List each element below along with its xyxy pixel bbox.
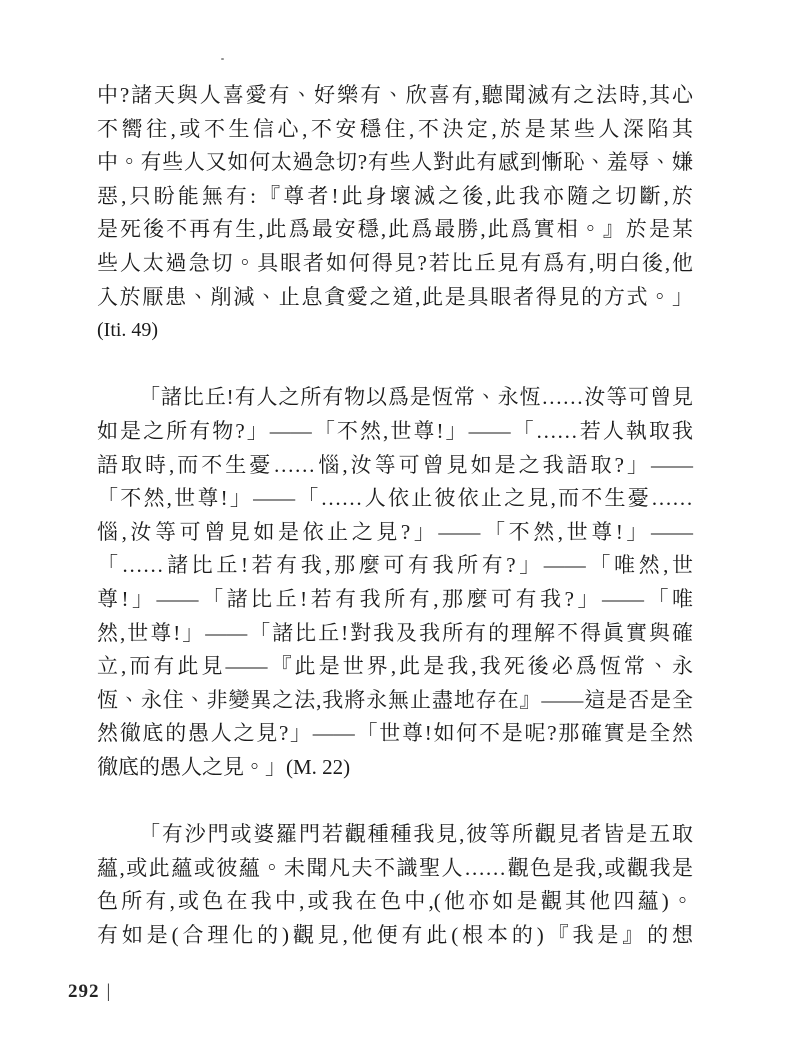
paragraph-2: 「諸比丘!有人之所有物以爲是恆常、永恆……汝等可曾見 如是之所有物?」——「不然… [97, 381, 693, 784]
text-line: 尊!」——「諸比丘!若有我所有,那麼可有我?」——「唯 [97, 583, 693, 617]
text-line: 些人太過急切。具眼者如何得見?若比丘見有爲有,明白後,他 [97, 247, 693, 281]
page-number: 292 [68, 981, 100, 1002]
paragraph-3: 「有沙門或婆羅門若觀種種我見,彼等所觀見者皆是五取 蘊,或此蘊或彼蘊。未聞凡夫不… [97, 818, 693, 952]
text-line: 蘊,或此蘊或彼蘊。未聞凡夫不識聖人……觀色是我,或觀我是 [97, 852, 693, 886]
text-line: 「有沙門或婆羅門若觀種種我見,彼等所觀見者皆是五取 [97, 818, 693, 852]
text-line: 如是之所有物?」——「不然,世尊!」——「……若人執取我 [97, 415, 693, 449]
text-line: 入於厭患、削減、止息貪愛之道,此是具眼者得見的方式。」 [97, 281, 693, 315]
text-line: 惱,汝等可曾見如是依止之見?」——「不然,世尊!」—— [97, 516, 693, 550]
text-line: 惡,只盼能無有:『尊者!此身壞滅之後,此我亦隨之切斷,於 [97, 180, 693, 214]
text-line-with-citation-m-22: 徹底的愚人之見。」(M. 22) [97, 751, 693, 785]
text-line: 是死後不再有生,此爲最安穩,此爲最勝,此爲實相。』於是某 [97, 213, 693, 247]
text-line: 有如是(合理化的)觀見,他便有此(根本的)『我是』的想 [97, 919, 693, 953]
dust-speck [221, 58, 224, 60]
text-block: 中?諸天與人喜愛有、好樂有、欣喜有,聽聞滅有之法時,其心 不嚮往,或不生信心,不… [97, 79, 693, 952]
text-line: 然徹底的愚人之見?」——「世尊!如何不是呢?那確實是全然 [97, 717, 693, 751]
citation-iti-49: (Iti. 49) [97, 314, 693, 348]
book-page: 中?諸天與人喜愛有、好樂有、欣喜有,聽聞滅有之法時,其心 不嚮往,或不生信心,不… [0, 0, 792, 1056]
text-line: 語取時,而不生憂……惱,汝等可曾見如是之我語取?」—— [97, 449, 693, 483]
text-line: 然,世尊!」——「諸比丘!對我及我所有的理解不得眞實與確 [97, 617, 693, 651]
text-line: 立,而有此見——『此是世界,此是我,我死後必爲恆常、永 [97, 650, 693, 684]
text-line: 中?諸天與人喜愛有、好樂有、欣喜有,聽聞滅有之法時,其心 [97, 79, 693, 113]
text-line: 中。有些人又如何太過急切?有些人對此有感到慚恥、羞辱、嫌 [97, 146, 693, 180]
paragraph-1: 中?諸天與人喜愛有、好樂有、欣喜有,聽聞滅有之法時,其心 不嚮往,或不生信心,不… [97, 79, 693, 348]
page-footer: 292| [68, 981, 111, 1003]
footer-divider: | [107, 981, 112, 1002]
text-line: 色所有,或色在我中,或我在色中,(他亦如是觀其他四蘊)。 [97, 885, 693, 919]
text-line: 不嚮往,或不生信心,不安穩住,不決定,於是某些人深陷其 [97, 113, 693, 147]
text-line: 「諸比丘!有人之所有物以爲是恆常、永恆……汝等可曾見 [97, 381, 693, 415]
text-line: 恆、永住、非變異之法,我將永無止盡地存在』——這是否是全 [97, 684, 693, 718]
text-line: 「……諸比丘!若有我,那麼可有我所有?」——「唯然,世 [97, 549, 693, 583]
text-line: 「不然,世尊!」——「……人依止彼依止之見,而不生憂…… [97, 482, 693, 516]
